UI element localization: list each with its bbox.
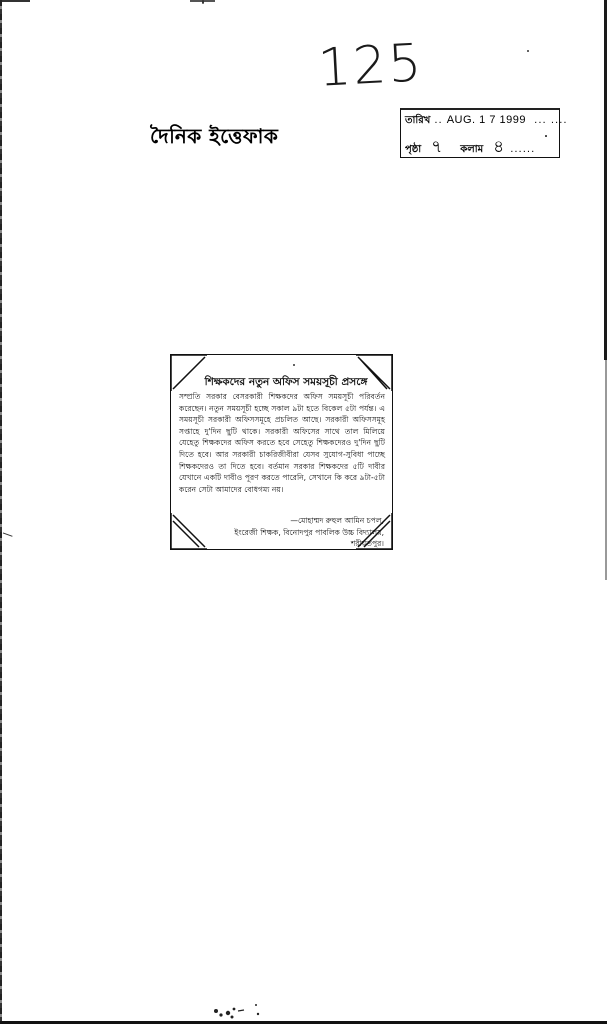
signature-line: ইংরেজী শিক্ষক, বিনোদপুর পাবলিক উচ্চ বিদ্… (234, 527, 384, 539)
date-stamp: তারিখ .. AUG. 1 7 1999 ... .... পৃষ্ঠা ৭… (400, 108, 560, 158)
bottom-scan-smudge (210, 1003, 260, 1021)
stamp-column-label: কলাম (460, 142, 483, 159)
stamp-page-row: পৃষ্ঠা ৭ কলাম ৪ ...... (405, 134, 535, 162)
newspaper-clipping: শিক্ষকদের নতুন অফিস সময়সূচী প্রসঙ্গে সম… (170, 354, 393, 550)
stamp-date-value: AUG. 1 7 1999 (447, 114, 526, 126)
corner-ornament-icon (169, 511, 209, 551)
clipping-body: সম্প্রতি সরকার বেসরকারী শিক্ষকদের অফিস স… (179, 391, 385, 495)
stamp-page-label: পৃষ্ঠা (405, 142, 421, 159)
stamp-column-value: ৪ (493, 134, 504, 162)
stamp-page-value: ৭ (431, 134, 442, 162)
scan-edge-left (0, 0, 2, 1024)
clipping-headline: শিক্ষকদের নতুন অফিস সময়সূচী প্রসঙ্গে (191, 375, 381, 392)
newspaper-name: দৈনিক ইত্তেফাক (150, 122, 278, 155)
stamp-dots: ... .... (530, 115, 568, 126)
handwritten-page-number: 125 (317, 37, 425, 94)
scan-speck (293, 364, 295, 366)
signature-line: শরীয়তপুর। (234, 538, 384, 550)
stamp-dots: .. (434, 115, 442, 126)
scan-speck (527, 50, 529, 52)
scan-edge-top (0, 0, 607, 2)
scanned-archive-page: 125 দৈনিক ইত্তেফাক তারিখ .. AUG. 1 7 199… (0, 0, 607, 1024)
scan-speck (202, 0, 204, 4)
scan-speck (545, 135, 547, 137)
clipping-signature: —মোহাম্মদ রুহুল আমিন চপল, ইংরেজী শিক্ষক,… (234, 515, 384, 550)
stamp-date-row: তারিখ .. AUG. 1 7 1999 ... .... (405, 113, 568, 130)
stamp-date-label: তারিখ (405, 113, 430, 130)
scan-mark (1, 532, 12, 540)
stamp-dots: ...... (510, 144, 535, 155)
signature-line: —মোহাম্মদ রুহুল আমিন চপল, (234, 515, 384, 527)
